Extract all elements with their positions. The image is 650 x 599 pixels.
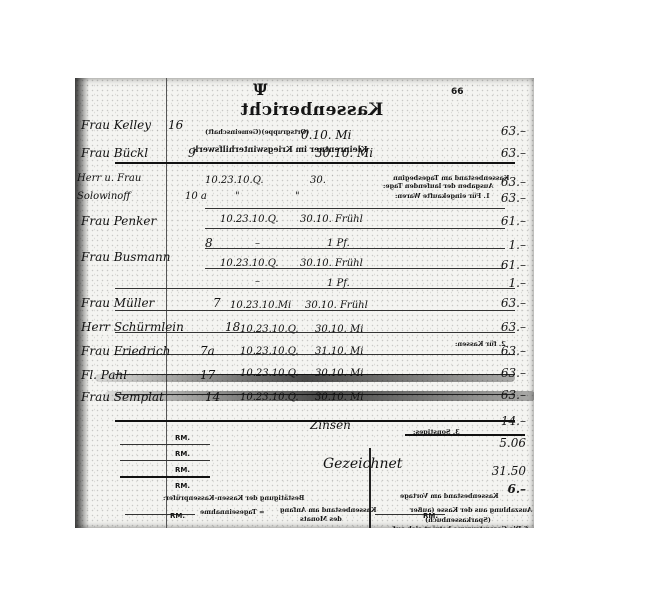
- row-to-date: 1 Pf.: [327, 278, 350, 289]
- subtotal-amount: 14.–: [501, 414, 526, 428]
- currency-label: RM.: [175, 450, 190, 458]
- row-from-date: ": [235, 191, 240, 202]
- label-month: des Monats: [300, 515, 342, 523]
- row-amount: 63.–: [501, 146, 526, 160]
- row-name: Solowinoff: [77, 191, 130, 202]
- row-from-date: 10.23.10.Q.: [240, 324, 299, 335]
- row-name: Frau Penker: [81, 214, 156, 228]
- final-amount: 6.–: [507, 482, 526, 496]
- label-for-cash: 2. für Kassen:: [455, 340, 506, 348]
- row-number: 7a: [200, 344, 215, 358]
- row-amount: 1.–: [509, 238, 526, 252]
- label-cash-start: Kassenbestand am Tagesbeginn: [393, 174, 509, 182]
- row-from-date: 10.23.10.Q.: [220, 214, 279, 225]
- label-savings: (Sparkassenbuch): [425, 516, 491, 524]
- label-cash-office: Auszahlung aus der Kasse (außer: [410, 506, 532, 514]
- row-name: Frau Busmann: [81, 250, 170, 264]
- currency-label: RM.: [175, 466, 190, 474]
- row-amount: 63.–: [501, 296, 526, 310]
- carry-amount: 5.06: [499, 436, 526, 450]
- subtitle-1: (Ortsgruppe)(Gemeinschaft): [205, 128, 309, 136]
- currency-label: RM.: [170, 512, 185, 520]
- row-from-date: 10.23.10.Q.: [220, 258, 279, 269]
- row-amount: 1.–: [509, 276, 526, 290]
- row-name: Herr Schürmlein: [81, 320, 184, 334]
- row-name: Frau Kelley: [81, 118, 151, 132]
- label-daily-total: = Tageseinnahme: [200, 508, 264, 516]
- row-name: Frau Müller: [81, 296, 154, 310]
- row-amount: 63.–: [501, 366, 526, 380]
- label-purchases: 1. Für eingekaufte Waren:: [395, 192, 490, 200]
- row-number: 8: [205, 236, 213, 250]
- row-to-date: 0.10. Mi: [301, 128, 351, 142]
- row-from-date: 10.23.10.Q.: [240, 392, 299, 403]
- row-from-date: 10.23.10.Q.: [240, 368, 299, 379]
- row-number: 16: [168, 118, 183, 132]
- row-number: 17: [200, 368, 215, 382]
- row-amount: 63.–: [501, 191, 526, 205]
- document-title: Kassenbericht: [240, 100, 383, 120]
- row-to-date: 30.10. Mi: [315, 146, 373, 160]
- row-to-date: ": [295, 191, 300, 202]
- row-from-date: 10.23.10.Q.: [205, 175, 264, 186]
- row-name: Frau Friedrich: [81, 344, 170, 358]
- row-name: Herr u. Frau: [77, 173, 141, 184]
- row-name: Frau Bückl: [81, 146, 148, 160]
- row-to-date: 1 Pf.: [327, 238, 350, 249]
- row-to-date: 30.10. Frühl: [300, 214, 363, 225]
- row-number: 18: [225, 320, 240, 334]
- row-amount: 63.–: [501, 320, 526, 334]
- row-amount: 61.–: [501, 258, 526, 272]
- label-transfer: 6 Die Gesamtsumme beträgt sich auf: [393, 525, 528, 528]
- row-from-date: –: [255, 238, 260, 249]
- row-from-date: –: [255, 276, 260, 287]
- row-to-date: 30.10. Mi: [315, 368, 363, 379]
- row-to-date: 30.10. Mi: [315, 392, 363, 403]
- row-to-date: 30.10. Mi: [315, 324, 363, 335]
- label-month-start: Kassenbestand am Anfang: [280, 506, 377, 514]
- row-name: Fl. Pahl: [81, 368, 127, 382]
- row-amount: 63.–: [501, 344, 526, 358]
- header-symbol: Ψ: [253, 80, 268, 99]
- row-amount: 63.–: [501, 124, 526, 138]
- row-to-date: 31.10. Mi: [315, 346, 363, 357]
- row-to-date: 30.10. Frühl: [300, 258, 363, 269]
- row-from-date: 10.23.10.Mi: [230, 300, 291, 311]
- row-number: 10 a: [185, 191, 207, 202]
- row-to-date: 30.: [310, 175, 326, 186]
- total-amount: 31.50: [492, 464, 526, 478]
- currency-label: RM.: [175, 482, 190, 490]
- currency-label: RM.: [175, 434, 190, 442]
- page-mark: 66: [451, 87, 464, 97]
- scanned-document: Ψ 66 Kassenbericht (Ortsgruppe)(Gemeinsc…: [75, 78, 534, 528]
- label-confirm: Bestätigung der Kassen-Kassenprüfer:: [163, 494, 304, 502]
- label-cash-end: Kassenbestand am Vortage: [400, 492, 499, 500]
- row-amount: 63.–: [501, 388, 526, 402]
- subtotal-label: Zinsen: [310, 418, 351, 432]
- label-expenses: Ausgaben der laufenden Tage:: [383, 182, 493, 190]
- row-amount: 63.–: [501, 175, 526, 189]
- signature: Gezeichnet: [323, 456, 402, 472]
- row-number: 7: [213, 296, 221, 310]
- row-amount: 61.–: [501, 214, 526, 228]
- row-number: 14: [205, 390, 220, 404]
- row-from-date: 10.23.10.Q.: [240, 346, 299, 357]
- row-number: 9: [188, 146, 196, 160]
- row-name: Frau Semplat: [81, 390, 164, 404]
- row-to-date: 30.10. Frühl: [305, 300, 368, 311]
